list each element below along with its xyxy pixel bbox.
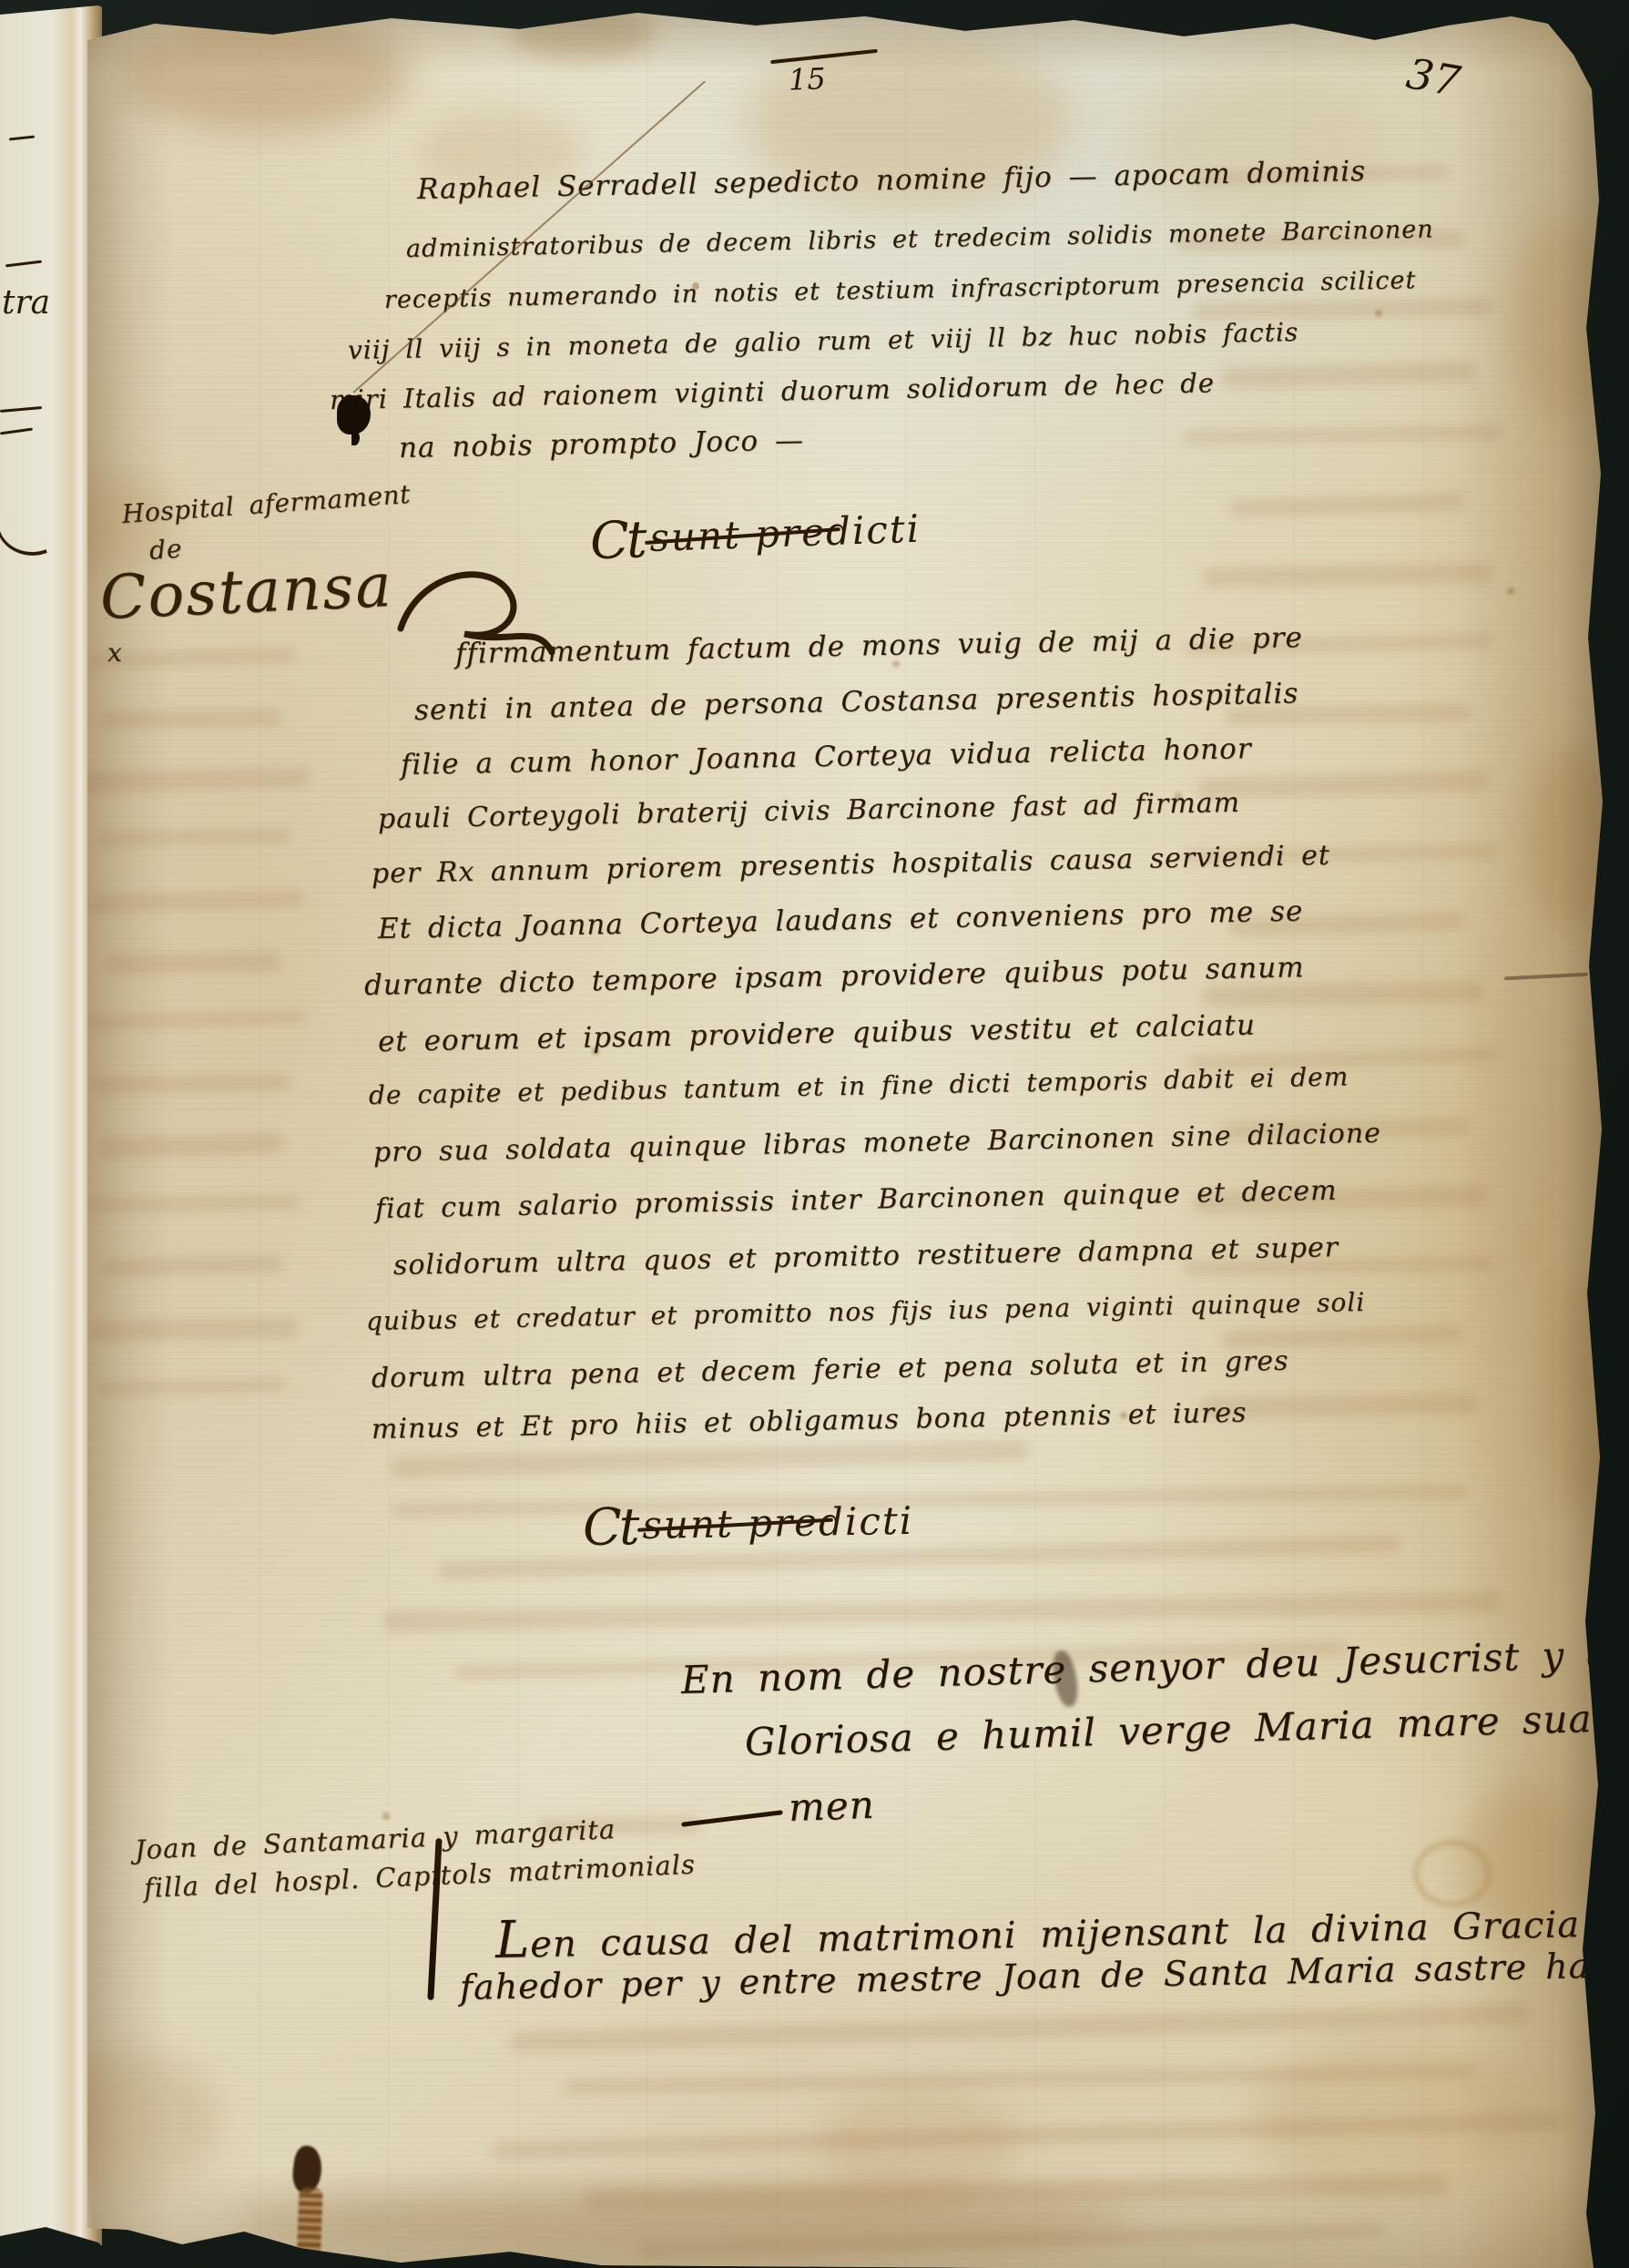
manuscript-line: miri Italis ad raionem viginti duorum so… [330, 367, 1216, 415]
bleedthrough-line [96, 829, 291, 846]
margin-name-costansa: Costansa [98, 550, 394, 633]
bleedthrough-line [105, 951, 282, 975]
bleedthrough-line [102, 1254, 284, 1277]
manuscript-line: senti in antea de persona Costansa prese… [414, 677, 1299, 727]
manuscript-line: na nobis prompto Joco — [399, 424, 805, 465]
bleedthrough-line [91, 1073, 291, 1094]
ink-stroke [0, 428, 33, 435]
manuscript-line: viij ll viij s in moneta de galio rum et… [348, 317, 1299, 365]
invocation-line: Gloriosa e humil verge Maria mare sua Re [744, 1694, 1629, 1764]
folio-number: 37 [1403, 48, 1464, 106]
bleedthrough-line [1220, 361, 1476, 389]
gathering-mark: 15 [788, 61, 826, 97]
bleedthrough-line [87, 1195, 300, 1212]
stain-mark [1548, 1275, 1621, 1512]
stain-mark [1120, 73, 1393, 219]
manuscript-line: Et dicta Joanna Corteya laudans et conve… [378, 894, 1304, 945]
bleedthrough-line [1229, 493, 1466, 516]
manuscript-line: quibus et credatur et promitto nos fijs … [366, 1287, 1366, 1336]
bleedthrough-line [98, 1132, 286, 1159]
stain-mark [118, 14, 410, 132]
bleedthrough-line [96, 1377, 287, 1396]
cutoff-text-fragment: tra [2, 284, 50, 322]
bleedthrough-line [1202, 562, 1493, 588]
manuscript-line: durante dicto tempore ipsam providere qu… [364, 951, 1305, 1002]
rust-streak [296, 2188, 322, 2268]
manuscript-line: minus et Et pro hiis et obligamus bona p… [372, 1397, 1247, 1446]
margin-note-top-line1: Hospital afermament [121, 479, 412, 529]
manuscript-page: 15 37 Raphael Serradell sepedicto nomine… [0, 0, 1629, 2268]
stain-mark [1530, 747, 1612, 929]
opening-initial: L [494, 1910, 530, 1970]
manuscript-line: et eorum et ipsam providere quibus vesti… [378, 1008, 1257, 1058]
manuscript-line: ffirmamentum factum de mons vuig de mij … [455, 621, 1304, 670]
previous-folio-edge: tra [0, 0, 102, 2268]
bleedthrough-line [382, 1591, 1502, 1631]
ink-blot [337, 395, 371, 434]
ink-stroke [0, 406, 42, 413]
ink-flourish [0, 515, 47, 565]
section-heading: Ctsunt predicti [589, 501, 921, 572]
margin-cross-mark: x [107, 638, 123, 668]
stain-mark [510, 5, 656, 59]
bleedthrough-line [84, 1010, 307, 1030]
heading-initial: Ct [589, 510, 646, 571]
manuscript-line: de capite et pedibus tantum et in fine d… [369, 1061, 1349, 1110]
manuscript-line: per Rx annum priorem presentis hospitali… [372, 840, 1331, 890]
bleedthrough-line [1197, 771, 1490, 800]
manuscript-line: dorum ultra pena et decem ferie et pena … [372, 1345, 1289, 1395]
ink-stroke [9, 136, 35, 141]
manuscript-line: fiat cum salario promissis inter Barcino… [375, 1175, 1338, 1225]
invocation-line: men [788, 1783, 875, 1830]
bleedthrough-line [437, 1535, 1402, 1579]
manuscript-line: pauli Corteygoli braterij civis Barcinon… [378, 787, 1241, 835]
bleedthrough-line [87, 890, 305, 914]
section-heading: Ctsunt predicti [582, 1493, 913, 1558]
stain-mark [1512, 219, 1612, 419]
bleedthrough-line [392, 1439, 1029, 1478]
manuscript-scan: tra 15 37 Raphael Serradell sepedicto no… [0, 0, 1629, 2268]
bleedthrough-line [89, 1317, 299, 1342]
invocation-line: En nom de nostre senyor deu Jesucrist y … [680, 1630, 1629, 1702]
bleedthrough-line [1184, 425, 1502, 444]
manuscript-line: pro sua soldata quinque libras monete Ba… [373, 1118, 1382, 1169]
ink-stroke [1504, 973, 1588, 981]
heading-initial: Ct [582, 1497, 636, 1558]
ink-stroke [5, 261, 42, 268]
manuscript-line: administratoribus de decem libris et tre… [406, 215, 1434, 263]
bleedthrough-line [1202, 981, 1484, 1006]
bleedthrough-line [82, 767, 311, 794]
bleedthrough-line [100, 709, 282, 729]
manuscript-line: filie a cum honor Joanna Corteya vidua r… [401, 732, 1252, 782]
gutter-shadow [86, 0, 172, 2268]
bleedthrough-line [392, 1485, 1466, 1517]
bleedthrough-line [1193, 298, 1493, 321]
